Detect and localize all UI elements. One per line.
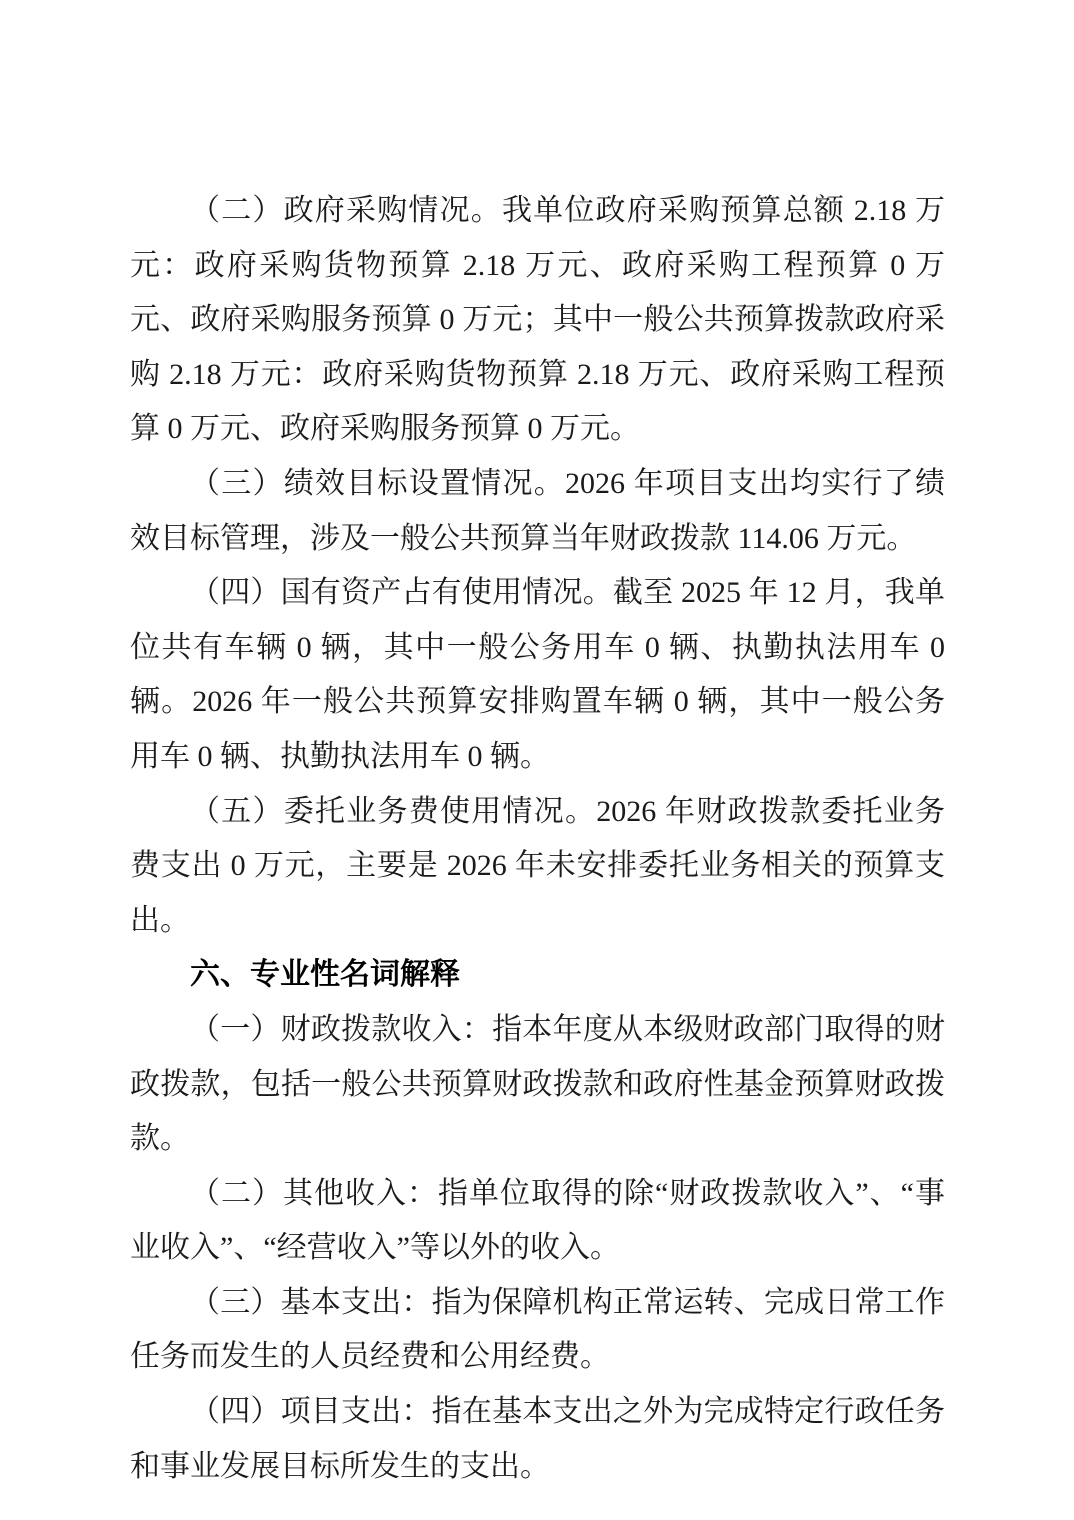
paragraph-state-assets: （四）国有资产占有使用情况。截至 2025 年 12 月，我单位共有车辆 0 辆… — [130, 566, 945, 784]
document-page: （二）政府采购情况。我单位政府采购预算总额 2.18 万元：政府采购货物预算 2… — [0, 0, 1074, 1520]
paragraph-def-basic-expenditure: （三）基本支出：指为保障机构正常运转、完成日常工作任务而发生的人员经费和公用经费… — [130, 1276, 945, 1385]
section-heading-terminology: 六、专业性名词解释 — [130, 948, 945, 1003]
paragraph-def-other-income: （二）其他收入：指单位取得的除“财政拨款收入”、“事业收入”、“经营收入”等以外… — [130, 1167, 945, 1276]
paragraph-entrusted-business-fee: （五）委托业务费使用情况。2026 年财政拨款委托业务费支出 0 万元，主要是 … — [130, 785, 945, 949]
paragraph-def-project-expenditure: （四）项目支出：指在基本支出之外为完成特定行政任务和事业发展目标所发生的支出。 — [130, 1385, 945, 1494]
paragraph-gov-procurement: （二）政府采购情况。我单位政府采购预算总额 2.18 万元：政府采购货物预算 2… — [130, 184, 945, 457]
paragraph-def-fiscal-appropriation-income: （一）财政拨款收入：指本年度从本级财政部门取得的财政拨款，包括一般公共预算财政拨… — [130, 1003, 945, 1167]
paragraph-performance-targets: （三）绩效目标设置情况。2026 年项目支出均实行了绩效目标管理，涉及一般公共预… — [130, 457, 945, 566]
